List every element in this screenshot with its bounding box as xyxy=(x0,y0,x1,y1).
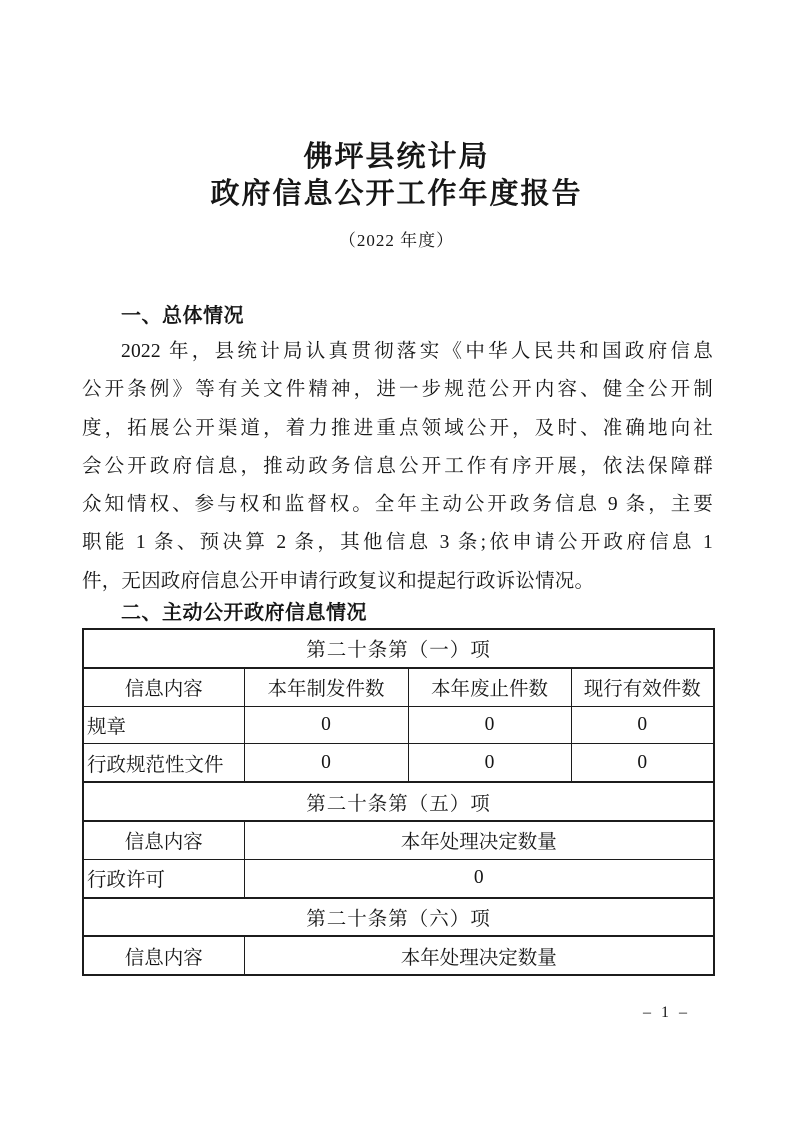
cell-value: 0 xyxy=(244,859,714,897)
table-row: 第二十条第（五）项 xyxy=(83,782,714,821)
cell-value: 0 xyxy=(571,744,714,782)
table-row: 规章 0 0 0 xyxy=(83,706,714,744)
column-header: 本年处理决定数量 xyxy=(244,936,714,975)
paragraph-line: 众知情权、参与权和监督权。全年主动公开政务信息 9 条，主要 xyxy=(82,486,713,524)
document-title-line2: 政府信息公开工作年度报告 xyxy=(0,176,793,213)
column-header: 信息内容 xyxy=(83,668,244,706)
cell-value: 0 xyxy=(244,706,408,744)
document-title-line1: 佛坪县统计局 xyxy=(0,139,793,176)
column-header: 信息内容 xyxy=(83,936,244,975)
column-header: 本年制发件数 xyxy=(244,668,408,706)
title-block: 佛坪县统计局 政府信息公开工作年度报告 （2022 年度） xyxy=(0,139,793,251)
table-section-title: 第二十条第（五）项 xyxy=(83,782,714,821)
table-row: 第二十条第（一）项 xyxy=(83,629,714,668)
table-section-title: 第二十条第（六）项 xyxy=(83,898,714,937)
column-header: 现行有效件数 xyxy=(571,668,714,706)
row-label: 行政许可 xyxy=(83,859,244,897)
table-row: 信息内容 本年制发件数 本年废止件数 现行有效件数 xyxy=(83,668,714,706)
table-row: 行政许可 0 xyxy=(83,859,714,897)
document-page: 佛坪县统计局 政府信息公开工作年度报告 （2022 年度） 一、总体情况 202… xyxy=(0,0,793,1122)
table-row: 行政规范性文件 0 0 0 xyxy=(83,744,714,782)
paragraph-line: 公开条例》等有关文件精神，进一步规范公开内容、健全公开制 xyxy=(82,371,713,409)
column-header: 本年废止件数 xyxy=(408,668,571,706)
paragraph-line: 度，拓展公开渠道，着力推进重点领域公开，及时、准确地向社 xyxy=(82,410,713,448)
paragraph-line: 2022 年，县统计局认真贯彻落实《中华人民共和国政府信息 xyxy=(82,333,713,371)
cell-value: 0 xyxy=(408,744,571,782)
paragraph-line: 职能 1 条、预决算 2 条，其他信息 3 条;依申请公开政府信息 1 xyxy=(82,524,713,562)
paragraph-line: 会公开政府信息，推动政务信息公开工作有序开展，依法保障群 xyxy=(82,448,713,486)
column-header: 本年处理决定数量 xyxy=(244,821,714,859)
section1-paragraph: 2022 年，县统计局认真贯彻落实《中华人民共和国政府信息 公开条例》等有关文件… xyxy=(82,333,713,601)
table-row: 信息内容 本年处理决定数量 xyxy=(83,936,714,975)
row-label: 规章 xyxy=(83,706,244,744)
page-number: – 1 – xyxy=(643,1004,690,1022)
cell-value: 0 xyxy=(408,706,571,744)
disclosure-table: 第二十条第（一）项 信息内容 本年制发件数 本年废止件数 现行有效件数 规章 0… xyxy=(82,628,715,976)
section1-heading: 一、总体情况 xyxy=(121,299,244,328)
section2-heading: 二、主动公开政府信息情况 xyxy=(121,596,367,625)
cell-value: 0 xyxy=(244,744,408,782)
row-label: 行政规范性文件 xyxy=(83,744,244,782)
report-year-subtitle: （2022 年度） xyxy=(0,226,793,251)
column-header: 信息内容 xyxy=(83,821,244,859)
table-section-title: 第二十条第（一）项 xyxy=(83,629,714,668)
table-row: 信息内容 本年处理决定数量 xyxy=(83,821,714,859)
table-row: 第二十条第（六）项 xyxy=(83,898,714,937)
cell-value: 0 xyxy=(571,706,714,744)
